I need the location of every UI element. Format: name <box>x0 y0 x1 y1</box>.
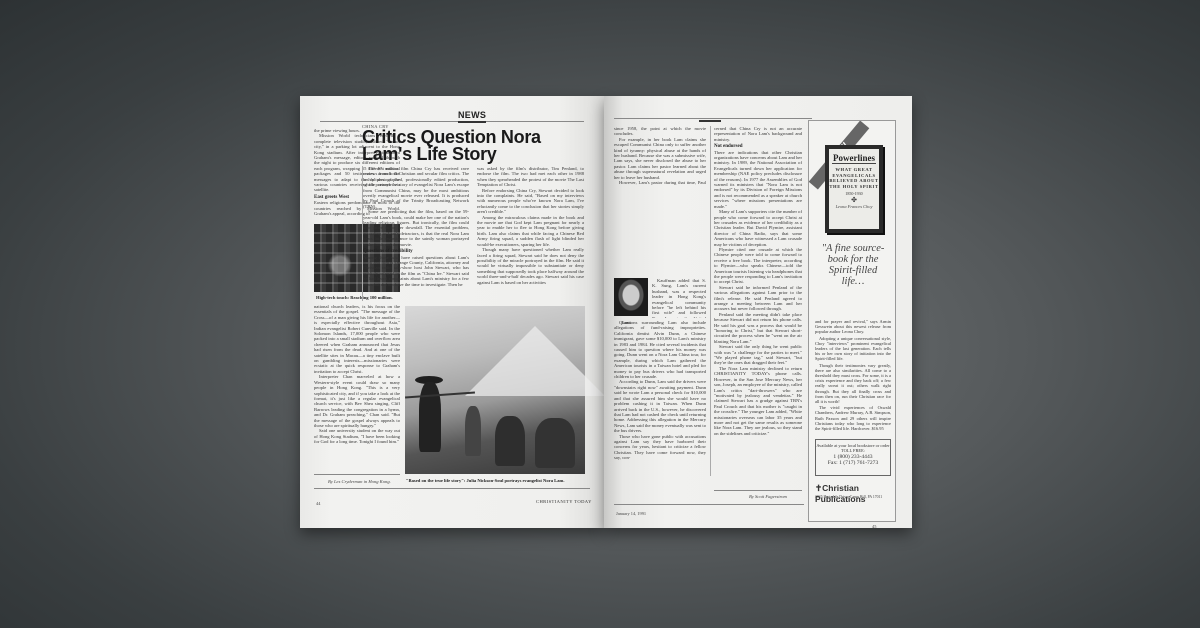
photo-figure <box>419 382 441 452</box>
news-header-rule: NEWS <box>320 110 584 122</box>
paragraph: Stewart said the only thing he went publ… <box>714 344 802 366</box>
paragraph: The $7 million film China Cry has receiv… <box>363 166 469 209</box>
byline-rule <box>314 474 400 475</box>
paragraph: Some are predicting that the film, based… <box>363 209 469 247</box>
right-column-1-wrap: Kauffman added that S. K. Sung, Lam's cu… <box>652 278 706 318</box>
photo-figure <box>535 418 575 468</box>
magazine-footer-title: CHRISTIANITY TODAY <box>536 499 592 504</box>
publisher-name: Christian Publications <box>815 483 866 504</box>
paragraph: However, Lam's pastor during that time, … <box>614 180 706 186</box>
publisher-logo: ✝Christian Publications <box>815 483 891 504</box>
photo-figure <box>495 416 525 466</box>
film-still-photo <box>405 306 585 474</box>
paragraph: Penland said the meeting didn't take pla… <box>714 312 802 344</box>
header-mark <box>699 120 721 122</box>
paragraph: was asked by the film's distributor, Tim… <box>477 166 584 188</box>
paragraph: cerned that China Cry is not an accurate… <box>714 126 802 142</box>
paragraph: Questions surrounding Lam also include a… <box>614 320 706 379</box>
film-caption: "Based on the true life story": Julia Ni… <box>406 478 596 483</box>
book-cover: Powerlines WHAT GREAT EVANGELICALS BELIE… <box>825 145 883 233</box>
paragraph: and for prayer and revival," says Armin … <box>815 319 891 335</box>
left-column-1-bottom: national church leaders, is his focus on… <box>314 304 400 468</box>
right-column-1-bottom: Questions surrounding Lam also include a… <box>614 320 706 496</box>
byline: By Scott Fagerstrom <box>749 494 787 499</box>
nora-lam-portrait <box>614 278 648 316</box>
paragraph: Among those who have raised questions ab… <box>363 255 469 287</box>
photo-mountain-peak <box>465 326 604 396</box>
paragraph: The Nora Lam ministry declined to return… <box>714 366 802 436</box>
order-text: Available at your local bookstore or ord… <box>816 443 890 454</box>
byline-rule <box>714 490 802 491</box>
right-column-1-top: since 1958, the point at which the movie… <box>614 126 706 186</box>
left-column-3: was asked by the film's distributor, Tim… <box>477 166 584 301</box>
paragraph: Plymire cited one crusade at which the C… <box>714 247 802 285</box>
headline: Critics Question Nora Lam's Life Story <box>362 129 572 163</box>
ad-quote: "A fine source-book for the Spirit-fille… <box>817 243 889 287</box>
photo-figure <box>465 406 481 456</box>
left-page: NEWS the prime viewing hours. Mission Wo… <box>300 96 604 528</box>
paragraph: national church leaders, is his focus on… <box>314 304 400 374</box>
byline: By Les Cryderman in Hong Kong. <box>328 479 391 484</box>
right-page: since 1958, the point at which the movie… <box>604 96 912 528</box>
paragraph: Many of Lam's supporters cite the number… <box>714 209 802 247</box>
header-rule <box>614 118 812 119</box>
paragraph: Adopting a unique conversational style, … <box>815 336 891 362</box>
paragraph: According to Dunn, Lam said the drivers … <box>614 379 706 433</box>
left-column-2: The $7 million film China Cry has receiv… <box>362 166 469 301</box>
publisher-address: 3825 Hartzdale Drive, Camp Hill, PA 1701… <box>815 495 891 499</box>
footer-rule <box>614 504 804 505</box>
dove-icon: ✤ <box>829 196 879 204</box>
page-number: 44 <box>316 501 320 506</box>
page-number: 45 <box>872 524 876 528</box>
issue-date: January 14, 1991 <box>616 511 646 516</box>
paragraph: Those who have gone public with accusati… <box>614 434 706 461</box>
paragraph: Though their testimonies vary greatly, t… <box>815 363 891 405</box>
magazine-spread: NEWS the prime viewing hours. Mission Wo… <box>300 96 912 528</box>
paragraph: Said one university student on the way o… <box>314 428 400 444</box>
paragraph: since 1958, the point at which the movie… <box>614 126 706 137</box>
footer-rule <box>314 488 590 489</box>
paragraph: For example, in her book Lam claims she … <box>614 137 706 180</box>
right-column-2: cerned that China Cry is not an accurate… <box>710 126 802 476</box>
order-box: Available at your local bookstore or ord… <box>815 439 891 476</box>
order-fax: Fax: 1 (717) 761-7273 <box>816 460 890 466</box>
ad-body: and for prayer and revival," says Armin … <box>815 319 891 432</box>
paragraph: The vivid experiences of Oswald Chambers… <box>815 405 891 431</box>
section-label: NEWS <box>458 110 486 123</box>
book-author: Leona Frances Choy <box>829 204 879 209</box>
book-title: Powerlines <box>832 153 876 164</box>
paragraph: Though many have questioned whether Lam … <box>477 247 584 285</box>
book-subtitle: WHAT GREAT EVANGELICALS BELIEVED ABOUT T… <box>829 167 879 189</box>
paragraph: Among the miraculous claims made in the … <box>477 215 584 247</box>
paragraph: Kauffman added that S. K. Sung, Lam's cu… <box>652 278 706 318</box>
paragraph: Before endorsing China Cry, Stewart deci… <box>477 188 584 215</box>
paragraph: There are indications that other Christi… <box>714 150 802 209</box>
paragraph: Stewart said he informed Penland of the … <box>714 285 802 312</box>
book-advertisement: NEW! Powerlines WHAT GREAT EVANGELICALS … <box>808 120 896 522</box>
paragraph: Interpreter Chan marveled at how a Weste… <box>314 374 400 428</box>
